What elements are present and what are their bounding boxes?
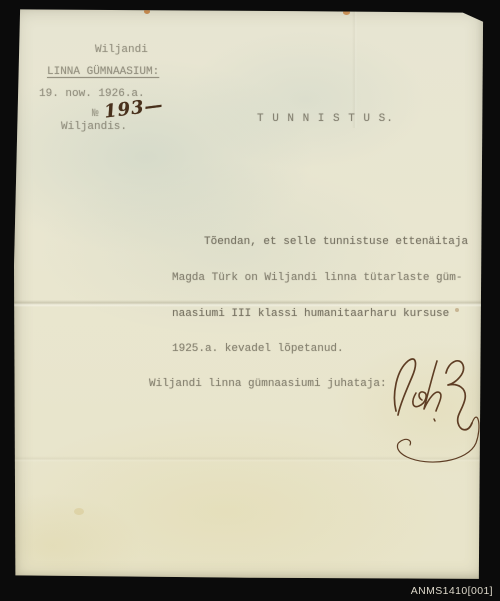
body-line-4: 1925.a. kevadel lõpetanud. <box>172 343 344 356</box>
body-line-2: Magda Türk on Wiljandi linna tütarlaste … <box>172 272 462 285</box>
letterhead-place: Wiljandis. <box>61 121 127 134</box>
letterhead-city: Wiljandi <box>95 44 148 57</box>
catalog-number-label: ANMS1410[001] <box>411 585 493 597</box>
body-line-signatory: Wiljandi linna gümnaasiumi juhataja: <box>149 378 387 391</box>
document-title: T U N N I S T U S. <box>257 113 394 126</box>
letterhead-institution: LINNA GÜMNAASIUM: <box>47 66 159 79</box>
paper-sheet: Wiljandi LINNA GÜMNAASIUM: 19. now. 1926… <box>14 8 484 580</box>
age-spot <box>74 508 84 515</box>
body-line-3: naasiumi III klassi humanitaarharu kursu… <box>172 308 449 321</box>
horizontal-fold-crease <box>14 300 484 307</box>
age-spot <box>455 308 459 312</box>
vertical-fold-crease <box>352 8 357 128</box>
body-line-1: Tõendan, et selle tunnistuse ettenäitaja <box>204 236 468 249</box>
rust-stain-speck <box>144 9 150 14</box>
rust-stain-speck <box>343 10 350 15</box>
scanned-document-photo: Wiljandi LINNA GÜMNAASIUM: 19. now. 1926… <box>0 0 500 601</box>
letterhead-number-symbol: № <box>92 108 99 121</box>
handwritten-signature-ink <box>382 343 500 471</box>
